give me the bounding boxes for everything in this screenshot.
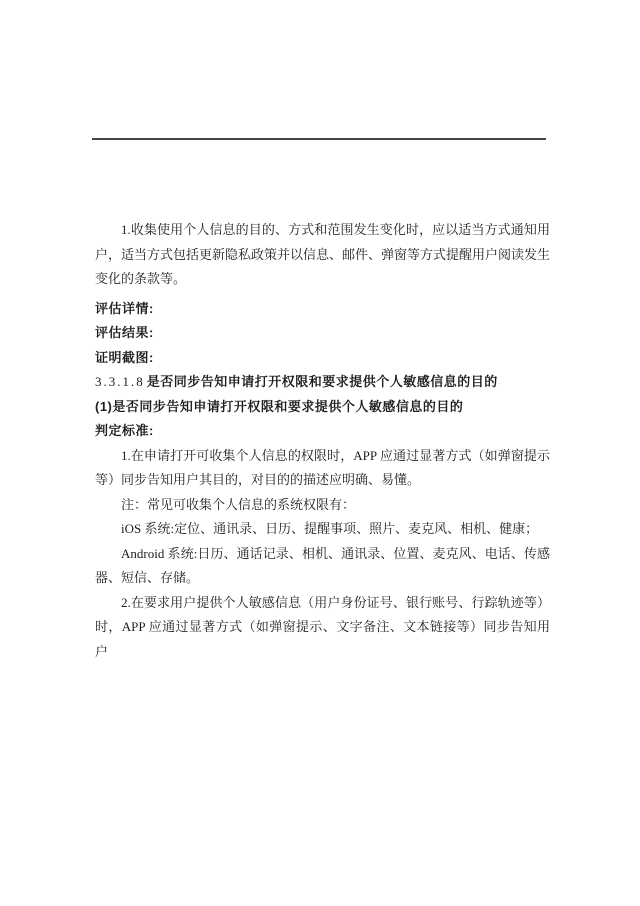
section-title: 是否同步告知申请打开权限和要求提供个人敏感信息的目的 xyxy=(147,374,498,389)
criteria-paragraph-1: 1.在申请打开可收集个人信息的权限时，APP 应通过显著方式（如弹窗提示等）同步… xyxy=(95,444,550,493)
document-content: 1.收集使用个人信息的目的、方式和范围发生变化时，应以适当方式通知用户，适当方式… xyxy=(95,218,550,664)
label-assessment-detail: 评估详情: xyxy=(95,297,550,322)
criteria-paragraph-2: 2.在要求用户提供个人敏感信息（用户身份证号、银行账号、行踪轨迹等）时，APP … xyxy=(95,591,550,665)
criteria-label: 判定标准: xyxy=(95,419,550,444)
label-assessment-result: 评估结果: xyxy=(95,321,550,346)
label-proof-screenshot: 证明截图: xyxy=(95,346,550,371)
intro-paragraph: 1.收集使用个人信息的目的、方式和范围发生变化时，应以适当方式通知用户，适当方式… xyxy=(95,218,550,292)
header-divider xyxy=(92,138,546,140)
assessment-labels: 评估详情: 评估结果: 证明截图: xyxy=(95,297,550,371)
criteria-note: 注：常见可收集个人信息的系统权限有： xyxy=(95,493,550,518)
criteria-ios-permissions: iOS 系统:定位、通讯录、日历、提醒事项、照片、麦克风、相机、健康； xyxy=(95,517,550,542)
section-heading: 3.3.1.8是否同步告知申请打开权限和要求提供个人敏感信息的目的 xyxy=(95,370,550,395)
document-page: 1.收集使用个人信息的目的、方式和范围发生变化时，应以适当方式通知用户，适当方式… xyxy=(0,0,640,906)
section-number: 3.3.1.8 xyxy=(95,374,145,389)
criteria-android-permissions: Android 系统:日历、通话记录、相机、通讯录、位置、麦克风、电话、传感器、… xyxy=(95,542,550,591)
subsection-heading: (1)是否同步告知申请打开权限和要求提供个人敏感信息的目的 xyxy=(95,395,550,420)
